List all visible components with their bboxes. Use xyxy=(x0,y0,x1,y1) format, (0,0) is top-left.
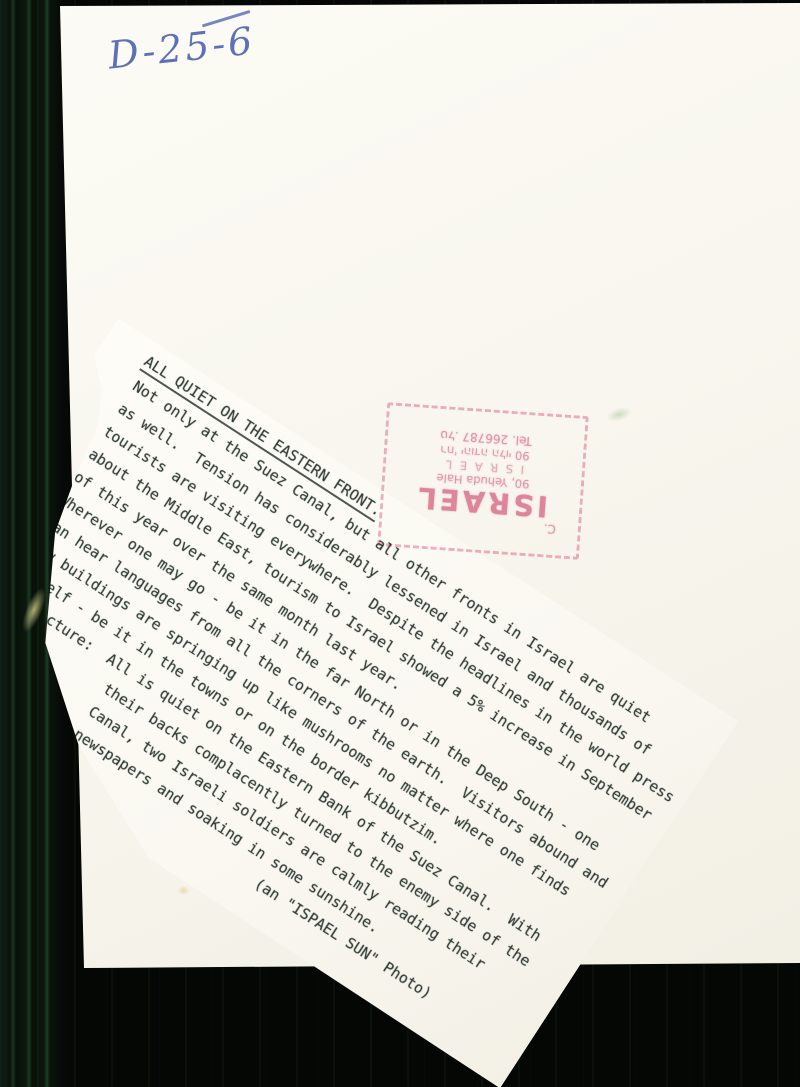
scanned-photo-back: D-25-6 ALL QUIET ON THE EASTERN FRONT. N… xyxy=(0,0,800,1087)
agency-rubber-stamp: C. ISRAEL 90, Yehuda Hale I S R A E L רח… xyxy=(377,402,589,560)
paper-smudge xyxy=(178,886,189,895)
stamp-copyright-mark: C. xyxy=(543,521,556,536)
